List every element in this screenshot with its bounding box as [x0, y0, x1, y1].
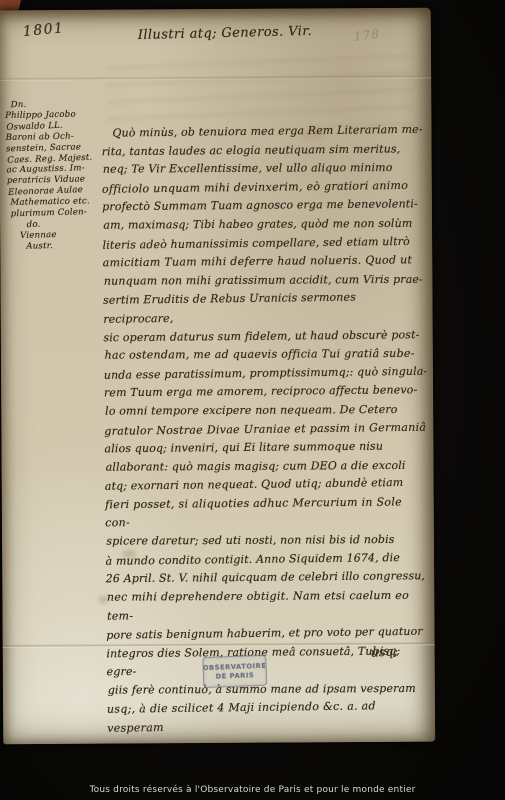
letter-body-line: am, maximasq; Tibi habeo grates, quòd me… [103, 215, 427, 235]
margin-note-line: Mathematico etc. [7, 196, 107, 209]
letter-body-line: gratulor Nostrae Divae Uraniae et passim… [104, 418, 428, 441]
letter-closing-word: usq; [370, 644, 398, 660]
letter-body-line: literis adeò humanissimis compellare, se… [102, 232, 426, 255]
letter-body-line: fieri posset, si aliquoties adhuc Mercur… [105, 493, 429, 533]
letter-body-line: lo omni tempore excipere non nequeam. De… [105, 401, 429, 421]
archive-number: 1801 [22, 20, 65, 40]
photo-stage: 1801 Illustri atq; Generos. Vir. 178 Dn.… [0, 0, 505, 800]
letter-body-line: à mundo condito contigit. Anno Siquidem … [105, 548, 429, 571]
letter-body-line: spicere daretur; sed uti nosti, non nisi… [106, 531, 430, 551]
stamp-line-2: DE PARIS [215, 671, 254, 681]
letter-body-line: officiolo unquam mihi devinxerim, eò gra… [102, 176, 426, 199]
letter-heading: Illustri atq; Generos. Vir. [127, 24, 323, 44]
margin-note-line: Baroni ab Och- [6, 131, 106, 144]
letter-body-line: sertim Eruditis de Rebus Uranicis sermon… [103, 288, 427, 329]
margin-note-line: Austr. [9, 240, 109, 253]
letter-body-line: profectò Summam Tuam agnosco erga me ben… [102, 196, 426, 218]
letter-body-line: unda esse paratissimum, promptissimumq;:… [104, 362, 428, 385]
margin-address-note: Dn.Philippo JacoboOswaldo LL.Baroni ab O… [5, 98, 109, 253]
letter-body-line: usq;, à die scilicet 4 Maji incipiendo &… [107, 697, 431, 738]
observatoire-de-paris-stamp: OBSERVATOIRE DE PARIS [202, 655, 267, 688]
show-through-ghost [107, 54, 412, 128]
manuscript-page: 1801 Illustri atq; Generos. Vir. 178 Dn.… [0, 8, 435, 745]
folio-number-pencil: 178 [353, 26, 380, 43]
letter-body-line: nec mihi deprehendere obtigit. Nam etsi … [107, 587, 431, 626]
fold-crease-top [0, 75, 431, 82]
copyright-caption: Tous droits réservés à l'Observatoire de… [0, 785, 505, 795]
